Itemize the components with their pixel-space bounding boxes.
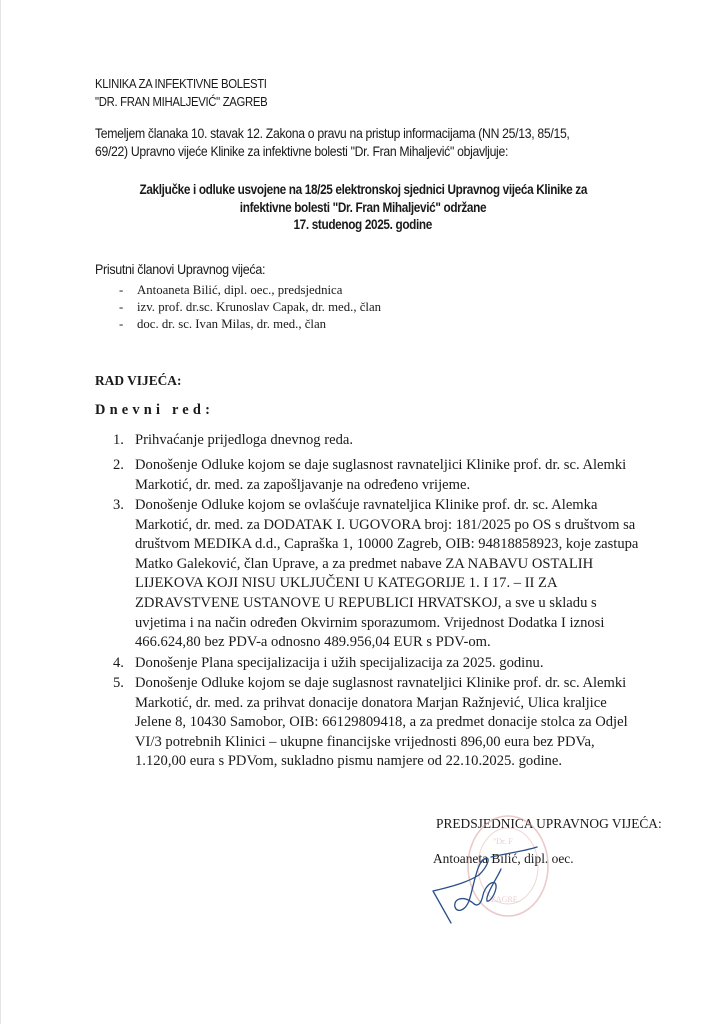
agenda-item-text: Donošenje Plana specijalizacija i užih s… — [135, 654, 673, 674]
signatory-name: Antoaneta Bilić, dipl. oec. — [433, 851, 574, 867]
agenda-item: 2.Donošenje Odluke kojom se daje suglasn… — [113, 456, 673, 495]
bullet-dash: - — [119, 316, 123, 333]
agenda-item-line: VI/3 potrebnih Klinici – ukupne financij… — [135, 733, 673, 753]
agenda-item: 4.Donošenje Plana specijalizacija i užih… — [113, 654, 673, 674]
agenda-item-line: Donošenje Odluke kojom se daje suglasnos… — [135, 456, 673, 476]
agenda-item-line: 466.624,80 bez PDV-a odnosno 489.956,04 … — [135, 633, 673, 653]
agenda-item-line: Markotić, dr. med. za DODATAK I. UGOVORA… — [135, 516, 673, 536]
svg-text:ZAGRE: ZAGRE — [491, 895, 518, 904]
agenda-item-text: Donošenje Odluke kojom se daje suglasnos… — [135, 456, 673, 495]
agenda-item-line: ZDRAVSTVENE USTANOVE U REPUBLICI HRVATSK… — [135, 594, 673, 614]
agenda-item-number: 5. — [113, 674, 124, 694]
agenda-item-number: 2. — [113, 456, 124, 476]
agenda-item-line: Prihvaćanje prijedloga dnevnog reda. — [135, 431, 673, 451]
agenda-item-text: Donošenje Odluke kojom se daje suglasnos… — [135, 674, 673, 772]
member-name: doc. dr. sc. Ivan Milas, dr. med., član — [137, 316, 326, 333]
agenda-item-line: Jelene 8, 10430 Samobor, OIB: 6612980941… — [135, 713, 673, 733]
intro-line: 69/22) Upravno vijeće Klinike za infekti… — [95, 143, 570, 161]
agenda-item-line: Markotić, dr. med. za prihvat donacije d… — [135, 694, 673, 714]
document-page: KLINIKA ZA INFEKTIVNE BOLESTI "DR. FRAN … — [0, 0, 724, 1024]
agenda-item-text: Prihvaćanje prijedloga dnevnog reda. — [135, 431, 673, 451]
agenda-item-number: 3. — [113, 496, 124, 516]
bullet-dash: - — [119, 299, 123, 316]
institution-name: KLINIKA ZA INFEKTIVNE BOLESTI — [95, 75, 267, 93]
title-line: Zaključke i odluke usvojene na 18/25 ele… — [139, 181, 587, 199]
agenda-item-line: Donošenje Odluke kojom se daje suglasnos… — [135, 674, 673, 694]
title-line: infektivne bolesti "Dr. Fran Mihaljević"… — [240, 199, 486, 217]
signature-title: PREDSJEDNICA UPRAVNOG VIJEĆA: — [436, 816, 662, 832]
agenda-item-line: Donošenje Plana specijalizacija i užih s… — [135, 654, 673, 674]
agenda-item-line: LIJEKOVA KOJI NISU UKLJUČENI U KATEGORIJ… — [135, 574, 673, 594]
agenda-item-line: Donošenje Odluke kojom se ovlašćuje ravn… — [135, 496, 673, 516]
agenda-item-line: Matko Galeković, član Uprave, a za predm… — [135, 555, 673, 575]
agenda-item-line: 1.120,00 eura s PDVom, sukladno pismu na… — [135, 752, 673, 772]
section-heading-dnevni-red: Dnevni red: — [95, 402, 214, 419]
bullet-dash: - — [119, 282, 123, 299]
agenda-item-number: 4. — [113, 654, 124, 674]
members-label: Prisutni članovi Upravnog vijeća: — [95, 262, 265, 277]
agenda-item: 1.Prihvaćanje prijedloga dnevnog reda. — [113, 431, 673, 451]
document-title: Zaključke i odluke usvojene na 18/25 ele… — [1, 181, 724, 234]
agenda-item-line: Markotić, dr. med. za zapošljavanje na o… — [135, 476, 673, 496]
institution-header: KLINIKA ZA INFEKTIVNE BOLESTI "DR. FRAN … — [95, 75, 267, 111]
agenda-item-line: uvjetima i na način određen Okvirnim spo… — [135, 614, 673, 634]
intro-paragraph: Temeljem članaka 10. stavak 12. Zakona o… — [95, 125, 570, 160]
institution-location: "DR. FRAN MIHALJEVIĆ" ZAGREB — [95, 93, 267, 111]
agenda-item-text: Donošenje Odluke kojom se ovlašćuje ravn… — [135, 496, 673, 653]
member-name: Antoaneta Bilić, dipl. oec., predsjednic… — [137, 282, 342, 299]
agenda-item-line: društvom MEDIKA d.d., Capraška 1, 10000 … — [135, 535, 673, 555]
agenda-item-number: 1. — [113, 431, 124, 451]
agenda-item: 3.Donošenje Odluke kojom se ovlašćuje ra… — [113, 496, 673, 653]
session-date: 17. studenog 2025. godine — [294, 216, 433, 234]
section-heading-rad-vijeca: RAD VIJEĆA: — [95, 373, 181, 389]
intro-line: Temeljem članaka 10. stavak 12. Zakona o… — [95, 125, 570, 143]
member-name: izv. prof. dr.sc. Krunoslav Capak, dr. m… — [137, 299, 381, 316]
agenda-item: 5.Donošenje Odluke kojom se daje suglasn… — [113, 674, 673, 772]
svg-text:"Dr. F: "Dr. F — [493, 837, 513, 846]
